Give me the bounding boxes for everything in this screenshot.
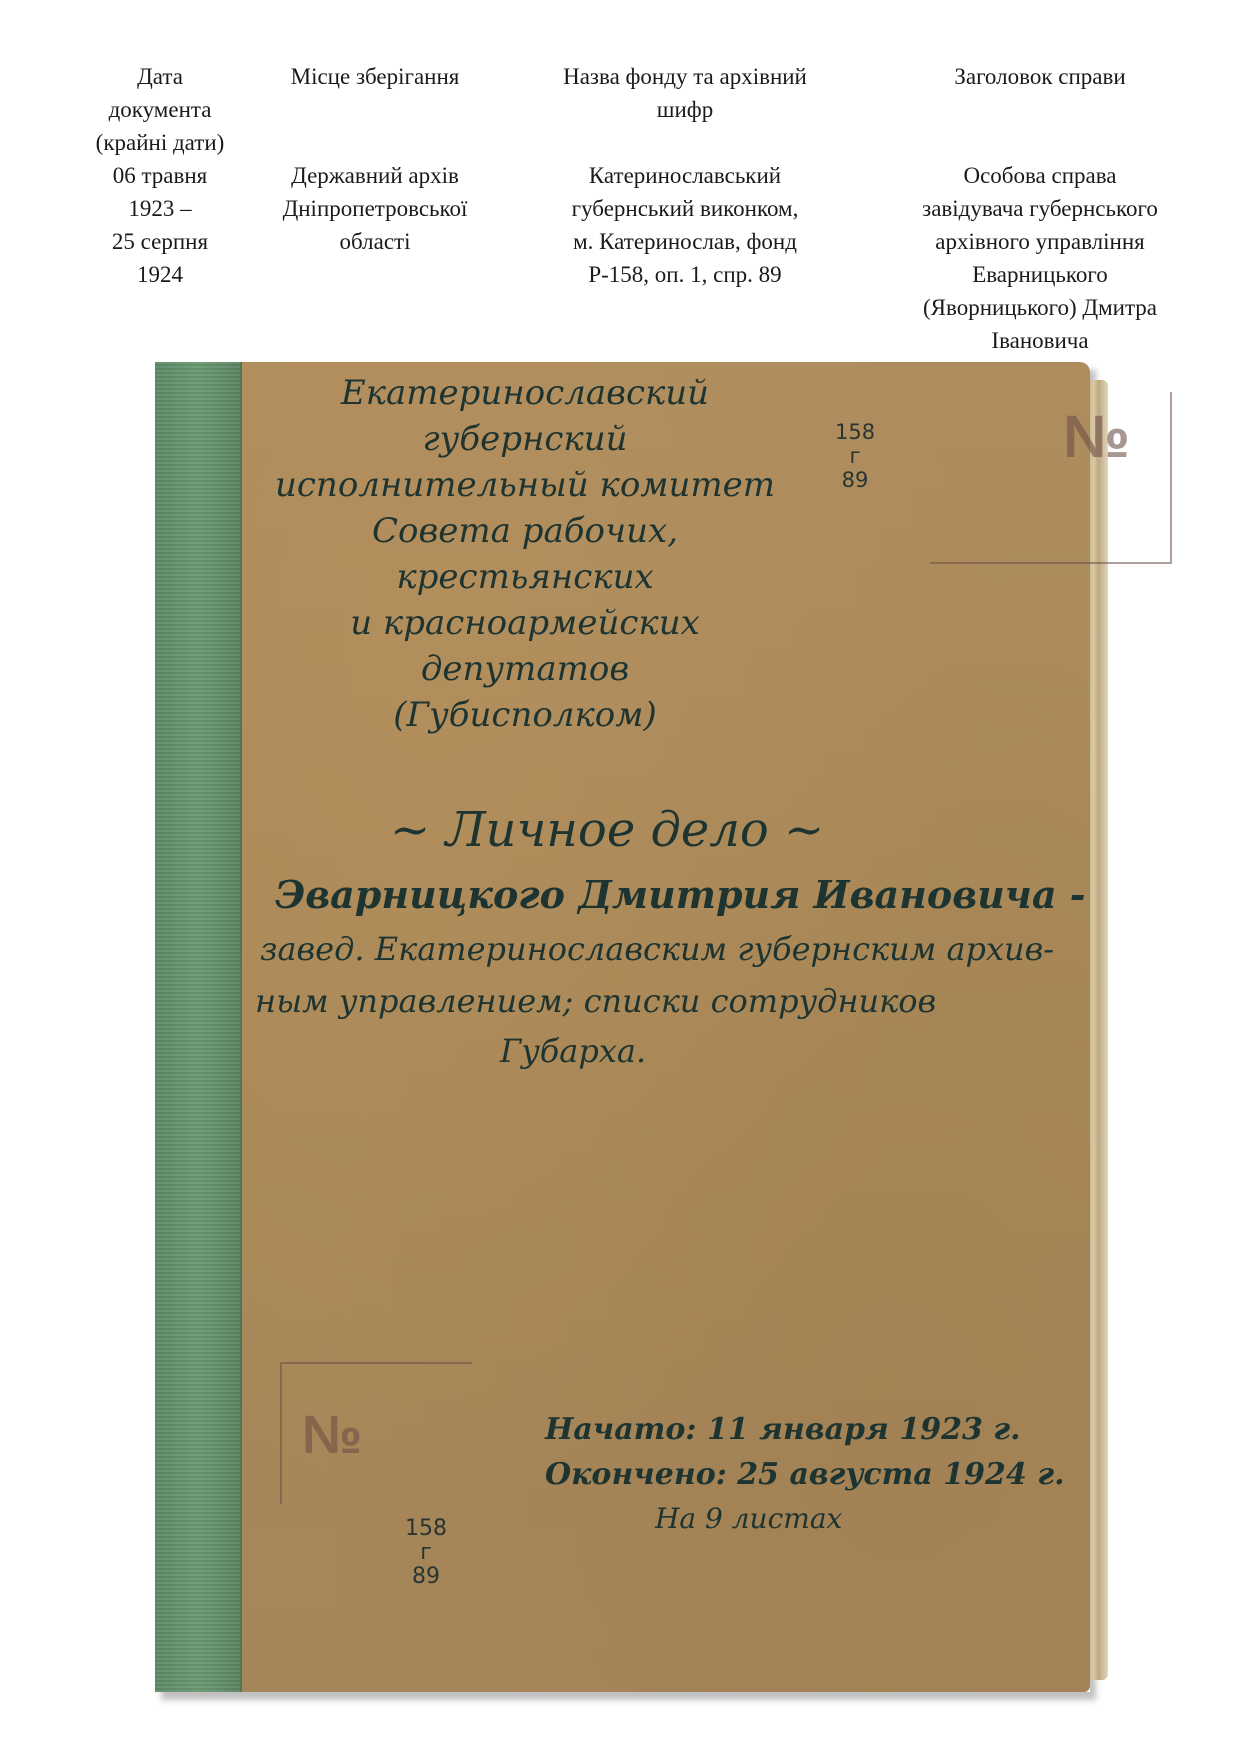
header-case-title: Заголовок справи — [880, 60, 1200, 93]
column-case-title: Заголовок справи Особова справа завідува… — [880, 60, 1200, 357]
date-finished: Окончено: 25 августа 1924 г. — [545, 1457, 1065, 1492]
archive-stamp-bottom: № — [280, 1362, 472, 1504]
folder-cover: Екатеринославский губернский исполнитель… — [155, 362, 1090, 1692]
value-fund-name: Катеринославський губернський виконком, … — [520, 159, 850, 291]
archive-folder-photo: Екатеринославский губернский исполнитель… — [155, 362, 1090, 1692]
column-storage-place: Місце зберігання Державний архів Дніпроп… — [250, 60, 500, 258]
stamp-number: № — [1063, 402, 1130, 471]
value-document-date: 06 травня 1923 – 25 серпня 1924 — [80, 159, 240, 291]
stamp-number: № — [302, 1404, 362, 1466]
subject-line-4: Губарха. — [500, 1032, 646, 1070]
column-document-date: Дата документа (крайні дати) 06 травня 1… — [80, 60, 240, 291]
header-fund-name: Назва фонду та архівний шифр — [520, 60, 850, 126]
case-title: ~ Личное дело ~ — [390, 802, 824, 858]
institution-inscription: Екатеринославский губернский исполнитель… — [265, 370, 785, 738]
column-fund-name: Назва фонду та архівний шифр Катериносла… — [520, 60, 850, 291]
archive-stamp-top: № — [930, 392, 1172, 564]
folder-spine — [155, 362, 242, 1692]
subject-line-1: Эварницкого Дмитрия Ивановича - — [275, 872, 1086, 917]
value-storage-place: Державний архів Дніпропетровської област… — [250, 159, 500, 258]
sheet-count: На 9 листах — [655, 1502, 842, 1535]
bottom-shelf-code: 158 г 89 — [405, 1517, 447, 1589]
header-document-date: Дата документа (крайні дати) — [80, 60, 240, 159]
subject-line-3: ным управлением; списки сотрудников — [255, 982, 936, 1020]
header-storage-place: Місце зберігання — [250, 60, 500, 93]
value-case-title: Особова справа завідувача губернського а… — [880, 159, 1200, 357]
date-started: Начато: 11 января 1923 г. — [545, 1412, 1021, 1447]
top-shelf-code: 158 г 89 — [835, 420, 875, 492]
subject-line-2: завед. Екатеринославским губернским архи… — [260, 930, 1054, 968]
